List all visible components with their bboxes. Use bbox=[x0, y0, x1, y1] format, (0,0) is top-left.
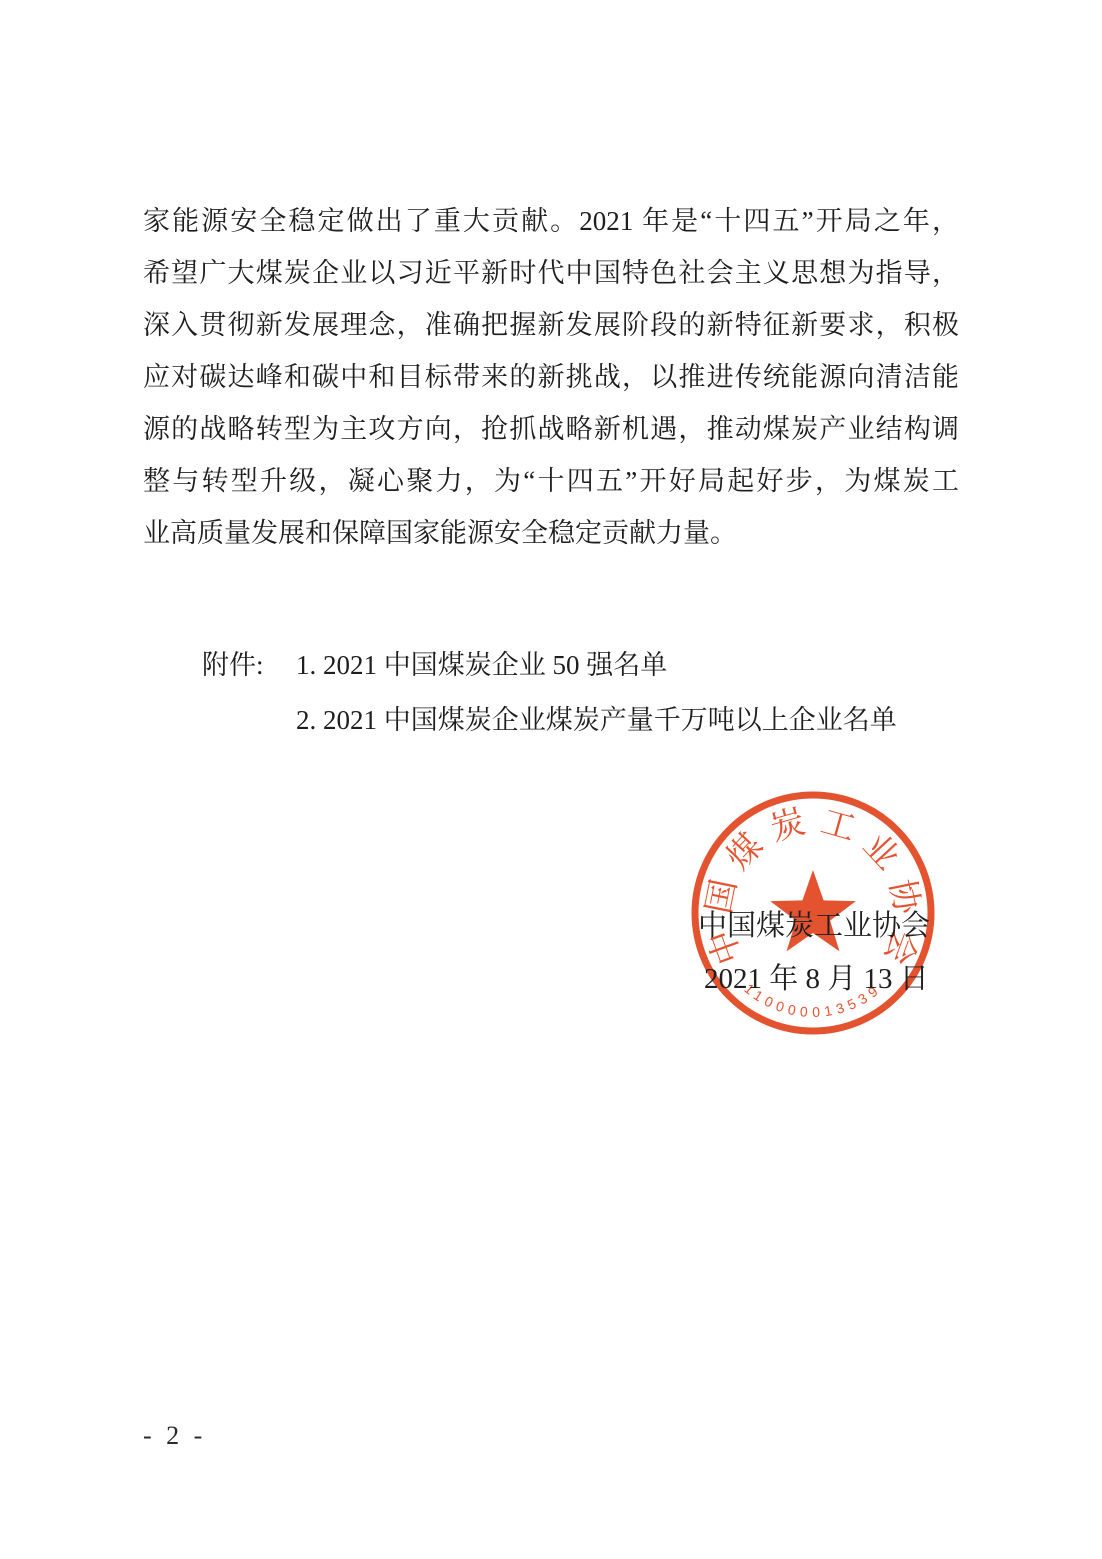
body-line: 整与转型升级，凝心聚力，为“十四五”开好局起好步，为煤炭工 bbox=[143, 455, 959, 507]
attachment-row-1: 附件:1. 2021 中国煤炭企业 50 强名单 bbox=[202, 649, 897, 681]
body-line: 希望广大煤炭企业以习近平新时代中国特色社会主义思想为指导， bbox=[143, 247, 959, 299]
seal-ring-char: 炭 bbox=[766, 803, 809, 849]
body-line: 源的战略转型为主攻方向，抢抓战略新机遇，推动煤炭产业结构调 bbox=[143, 403, 959, 455]
signature-date: 2021 年 8 月 13 日 bbox=[704, 956, 929, 997]
document-page: 家能源安全稳定做出了重大贡献。2021 年是“十四五”开局之年，希望广大煤炭企业… bbox=[0, 0, 1102, 1559]
attachment-item-1: 1. 2021 中国煤炭企业 50 强名单 bbox=[296, 650, 667, 680]
signature-org: 中国煤炭工业协会 bbox=[698, 903, 930, 944]
attachment-block: 附件:1. 2021 中国煤炭企业 50 强名单 2. 2021 中国煤炭企业煤… bbox=[202, 649, 897, 759]
page-number: - 2 - bbox=[143, 1421, 206, 1451]
body-line: 应对碳达峰和碳中和目标带来的新挑战，以推进传统能源向清洁能 bbox=[143, 351, 959, 403]
body-line: 家能源安全稳定做出了重大贡献。2021 年是“十四五”开局之年， bbox=[143, 195, 959, 247]
body-line: 深入贯彻新发展理念，准确把握新发展阶段的新特征新要求，积极 bbox=[143, 299, 959, 351]
seal-ring-char: 工 bbox=[817, 804, 860, 849]
body-paragraph: 家能源安全稳定做出了重大贡献。2021 年是“十四五”开局之年，希望广大煤炭企业… bbox=[143, 195, 959, 559]
attachment-item-2: 2. 2021 中国煤炭企业煤炭产量千万吨以上企业名单 bbox=[296, 705, 897, 735]
attachment-row-2: 2. 2021 中国煤炭企业煤炭产量千万吨以上企业名单 bbox=[202, 704, 897, 736]
attachment-label: 附件: bbox=[202, 649, 296, 681]
body-line: 业高质量发展和保障国家能源安全稳定贡献力量。 bbox=[143, 507, 959, 559]
